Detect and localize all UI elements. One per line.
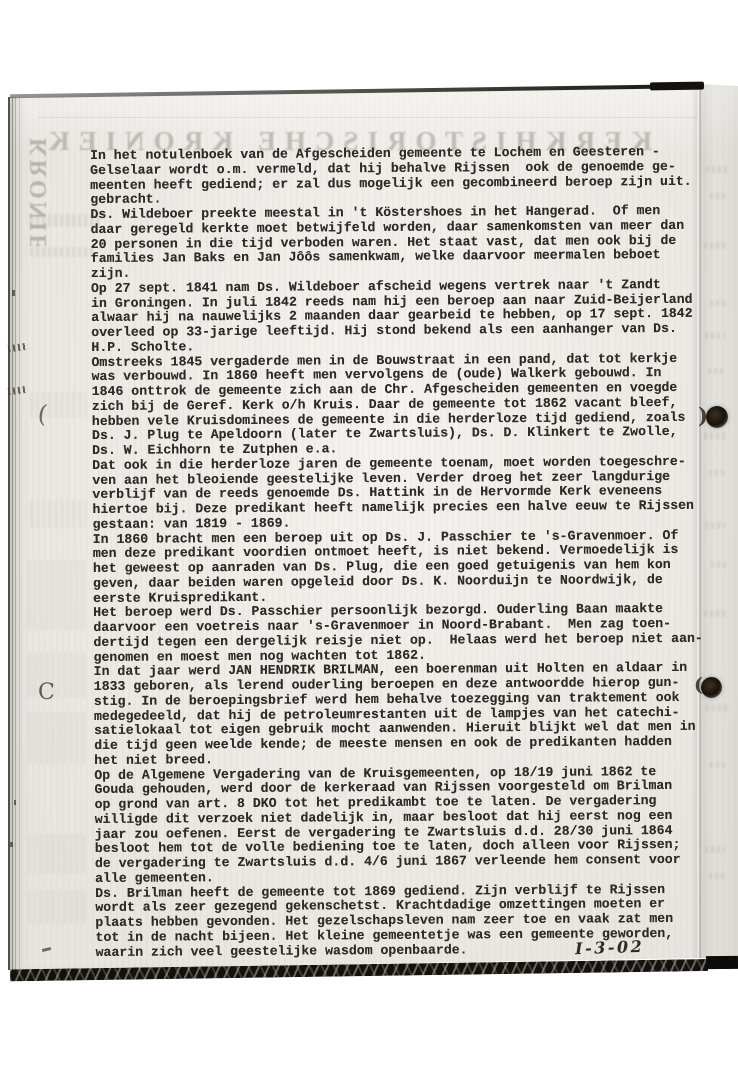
bleed-through-smudge bbox=[710, 762, 726, 768]
bleed-through-smudge bbox=[711, 562, 727, 568]
bleed-through-smudge bbox=[708, 368, 724, 374]
bleed-through-smudge bbox=[28, 834, 86, 874]
bleed-through-smudge bbox=[704, 242, 728, 249]
bleed-through-smudge bbox=[706, 704, 728, 712]
bleed-through-smudge bbox=[705, 846, 725, 853]
bleed-through-smudge bbox=[709, 470, 727, 476]
bleed-through-smudge bbox=[30, 247, 96, 257]
margin-c-mark: C bbox=[38, 680, 55, 705]
bleed-through-smudge bbox=[28, 712, 86, 764]
bleed-through-smudge bbox=[705, 522, 725, 529]
bleed-through-smudge bbox=[28, 890, 86, 924]
bleed-through-smudge bbox=[710, 300, 726, 306]
binder-hole-bottom bbox=[701, 677, 722, 698]
bleed-through-smudge bbox=[28, 652, 86, 698]
margin-tick bbox=[12, 290, 15, 296]
page-top-edge-shadow bbox=[650, 82, 704, 91]
bleed-through-smudge bbox=[710, 193, 728, 199]
handwritten-archive-code: I-3-02 bbox=[575, 937, 645, 958]
bleed-through-smudge bbox=[30, 500, 86, 528]
binder-hole-top bbox=[706, 406, 728, 428]
typewritten-text: In het notulenboek van de Afgescheiden g… bbox=[90, 145, 707, 963]
bleed-through-smudge bbox=[28, 560, 88, 630]
page-bottom-corner-shadow bbox=[706, 956, 738, 969]
bleed-through-smudge bbox=[705, 332, 725, 339]
bleed-through-frame-line bbox=[38, 117, 698, 118]
bleed-through-smudge bbox=[704, 432, 728, 440]
margin-tick bbox=[10, 842, 13, 847]
bleed-through-smudge bbox=[709, 873, 725, 879]
margin-tick bbox=[14, 800, 16, 805]
bleed-through-smudge bbox=[704, 610, 726, 617]
scanned-document-page: { "document": { "lines": [ "In het notul… bbox=[0, 0, 738, 1068]
bleed-through-smudge bbox=[706, 166, 728, 173]
bleed-through-title-fragment: KRONIEK bbox=[26, 138, 62, 246]
stacked-page-edges bbox=[8, 90, 24, 972]
